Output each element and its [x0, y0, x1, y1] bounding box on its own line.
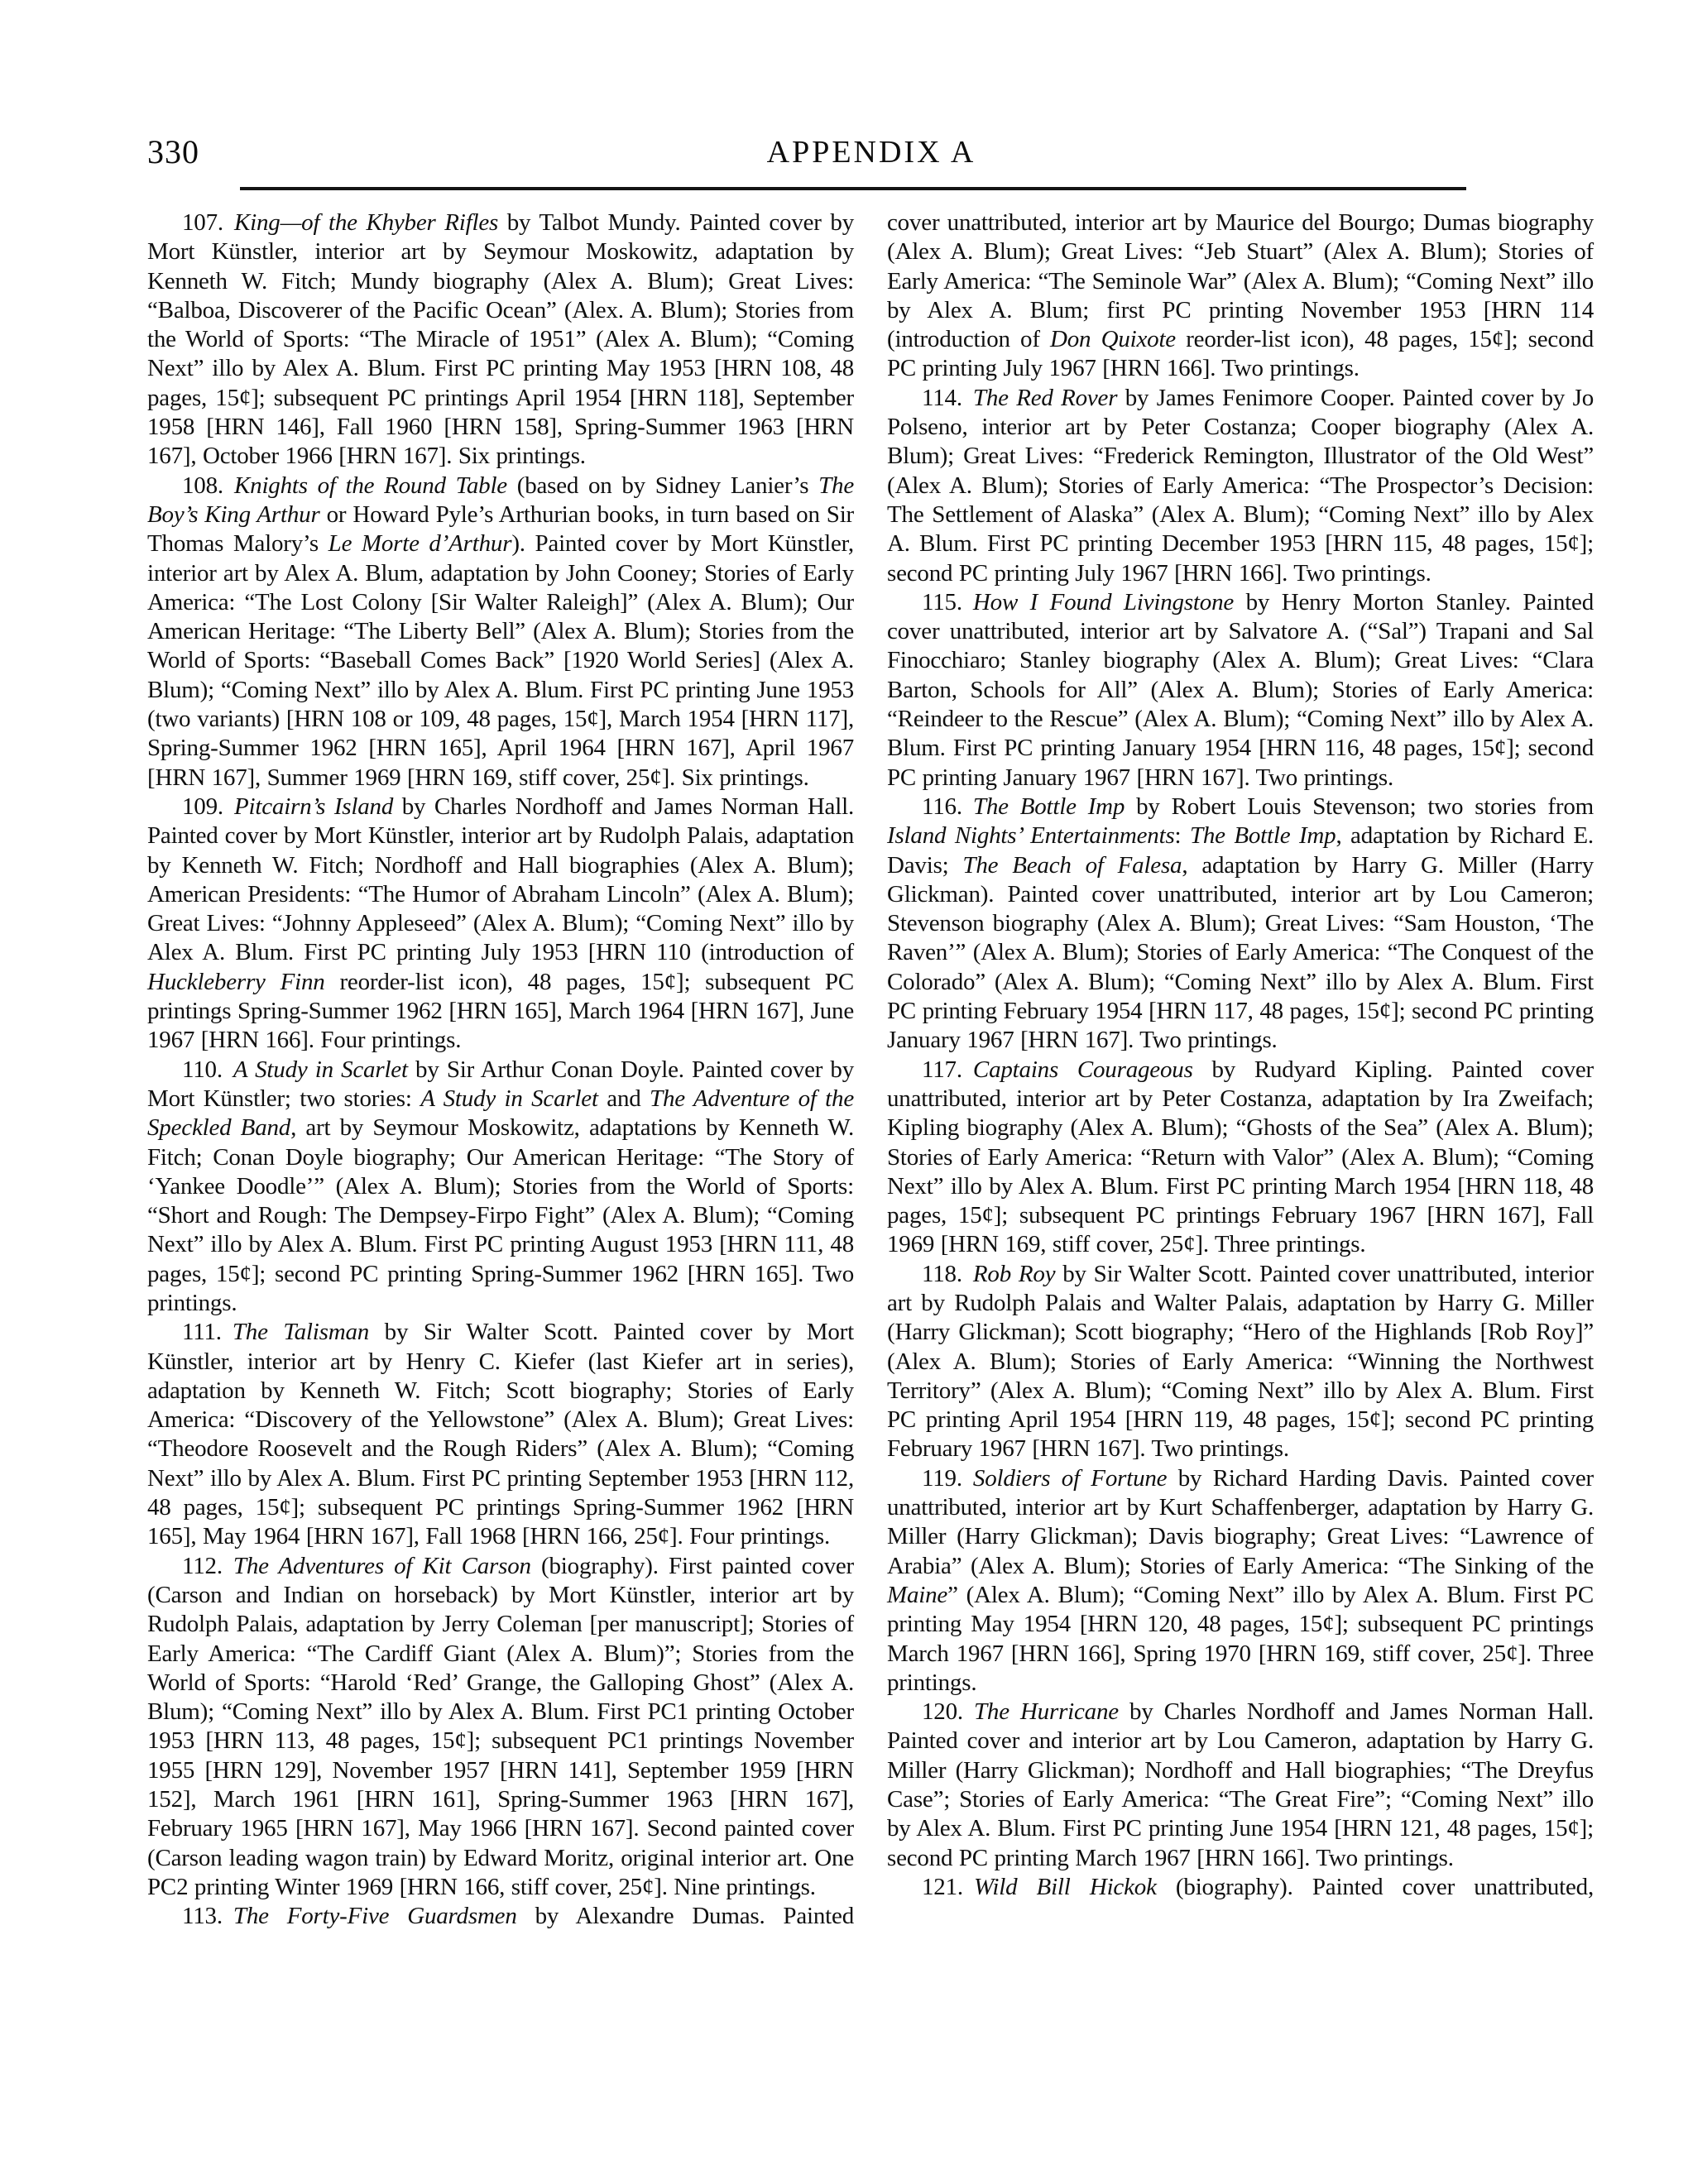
entry-title-run: The Bottle Imp [1190, 822, 1336, 849]
entry-108: 108.Knights of the Round Table (based on… [147, 472, 854, 793]
entry-number: 118. [922, 1261, 962, 1287]
entry-text-run: by Talbot Mundy. Painted cover by Mort K… [147, 209, 854, 469]
entry-text-run: by Sir Walter Scott. Painted cover unatt… [887, 1261, 1594, 1463]
entry-title-run: Le Morte d’Arthur [328, 530, 512, 557]
entry-113-continued: cover unattributed, interior art by Maur… [887, 208, 1594, 384]
entry-text-run: ” (Alex A. Blum); “Coming Next” illo by … [887, 1582, 1594, 1696]
running-head-title: APPENDIX A [147, 134, 1595, 170]
entry-title-run: The Adventures of Kit Carson [233, 1553, 531, 1579]
entry-120: 120.The Hurricane by Charles Nordhoff an… [887, 1698, 1594, 1873]
entry-title-run: Island Nights’ Entertainments [887, 822, 1175, 849]
entry-title-run: Soldiers of Fortune [973, 1465, 1167, 1492]
entry-114: 114.The Red Rover by James Fenimore Coop… [887, 384, 1594, 588]
entry-title-run: The Beach of Falesa [962, 852, 1182, 879]
entry-title-run: The Forty-Five Guardsmen [233, 1903, 517, 1929]
header-rule [240, 187, 1466, 190]
entry-number: 114. [922, 385, 962, 411]
book-page: 330 APPENDIX A 107.King—of the Khyber Ri… [0, 0, 1688, 2184]
entry-115: 115.How I Found Livingstone by Henry Mor… [887, 588, 1594, 793]
entry-title-run: Captains Courageous [973, 1056, 1193, 1083]
entry-text-run: (based on by Sidney Lanier’s [507, 472, 818, 499]
entry-title-run: A Study in Scarlet [233, 1056, 408, 1083]
entry-title-run: Wild Bill Hickok [974, 1874, 1157, 1900]
entry-text-run: by Rudyard Kipling. Painted cover unattr… [887, 1056, 1594, 1258]
entry-title-run: Pitcairn’s Island [234, 793, 393, 820]
column-left: 107.King—of the Khyber Rifles by Talbot … [147, 208, 854, 1932]
entry-111: 111.The Talisman by Sir Walter Scott. Pa… [147, 1318, 854, 1551]
entry-number: 120. [922, 1698, 963, 1725]
entry-text-run: by Robert Louis Stevenson; two stories f… [1125, 793, 1594, 820]
entry-text-run: by Sir Walter Scott. Painted cover by Mo… [147, 1319, 854, 1549]
entry-text-run: and [598, 1085, 650, 1112]
entry-number: 111. [182, 1319, 222, 1345]
entry-number: 117. [922, 1056, 962, 1083]
entry-title-run: The Hurricane [974, 1698, 1119, 1725]
entry-number: 121. [922, 1874, 963, 1900]
entry-109: 109.Pitcairn’s Island by Charles Nordhof… [147, 793, 854, 1056]
entry-number: 109. [182, 793, 223, 820]
entry-title-run: Knights of the Round Table [234, 472, 507, 499]
entry-number: 115. [922, 589, 962, 615]
text-columns: 107.King—of the Khyber Rifles by Talbot … [147, 208, 1594, 1932]
entry-number: 116. [922, 793, 962, 820]
entry-118: 118.Rob Roy by Sir Walter Scott. Painted… [887, 1260, 1594, 1464]
entry-number: 113. [182, 1903, 223, 1929]
entry-title-run: Maine [887, 1582, 947, 1608]
entry-title-run: Don Quixote [1050, 326, 1176, 352]
entry-title-run: Huckleberry Finn [147, 969, 325, 995]
running-header: 330 APPENDIX A [147, 132, 1595, 175]
entry-title-run: The Talisman [233, 1319, 369, 1345]
entry-text-run: by Henry Morton Stanley. Painted cover u… [887, 589, 1594, 791]
entry-113-start: 113.The Forty-Five Guardsmen by Alexandr… [147, 1902, 854, 1931]
entry-number: 108. [182, 472, 223, 499]
entry-title-run: The Bottle Imp [973, 793, 1125, 820]
entry-title-run: King—of the Khyber Rifles [234, 209, 498, 236]
entry-110: 110.A Study in Scarlet by Sir Arthur Con… [147, 1056, 854, 1319]
entry-title-run: The Red Rover [973, 385, 1117, 411]
entry-number: 107. [182, 209, 223, 236]
entry-112: 112.The Adventures of Kit Carson (biogra… [147, 1552, 854, 1903]
entry-title-run: Rob Roy [973, 1261, 1055, 1287]
entry-text-run: (biography). First painted cover (Carson… [147, 1553, 854, 1900]
entry-title-run: How I Found Livingstone [973, 589, 1234, 615]
entry-number: 119. [922, 1465, 962, 1492]
entry-107: 107.King—of the Khyber Rifles by Talbot … [147, 208, 854, 472]
entry-number: 112. [182, 1553, 223, 1579]
entry-title-run: A Study in Scarlet [420, 1085, 598, 1112]
entry-text-run: , art by Seymour Moskowitz, adaptations … [147, 1114, 854, 1316]
entry-117: 117.Captains Courageous by Rudyard Kipli… [887, 1056, 1594, 1260]
entry-text-run: , adaptation by Harry G. Miller (Harry G… [887, 852, 1594, 1054]
entry-text-run: (biography). Painted cover unattributed, [1157, 1874, 1594, 1900]
entry-text-run: ). Painted cover by Mort Künstler, inter… [147, 530, 854, 790]
entry-119: 119.Soldiers of Fortune by Richard Hardi… [887, 1464, 1594, 1698]
entry-text-run: : [1175, 822, 1190, 849]
entry-121-start: 121.Wild Bill Hickok (biography). Painte… [887, 1873, 1594, 1902]
entry-text-run: by Alexandre Dumas. Painted [517, 1903, 854, 1929]
entry-text-run: by James Fenimore Cooper. Painted cover … [887, 385, 1594, 587]
column-right: cover unattributed, interior art by Maur… [887, 208, 1594, 1932]
entry-116: 116.The Bottle Imp by Robert Louis Steve… [887, 793, 1594, 1056]
entry-number: 110. [182, 1056, 223, 1083]
